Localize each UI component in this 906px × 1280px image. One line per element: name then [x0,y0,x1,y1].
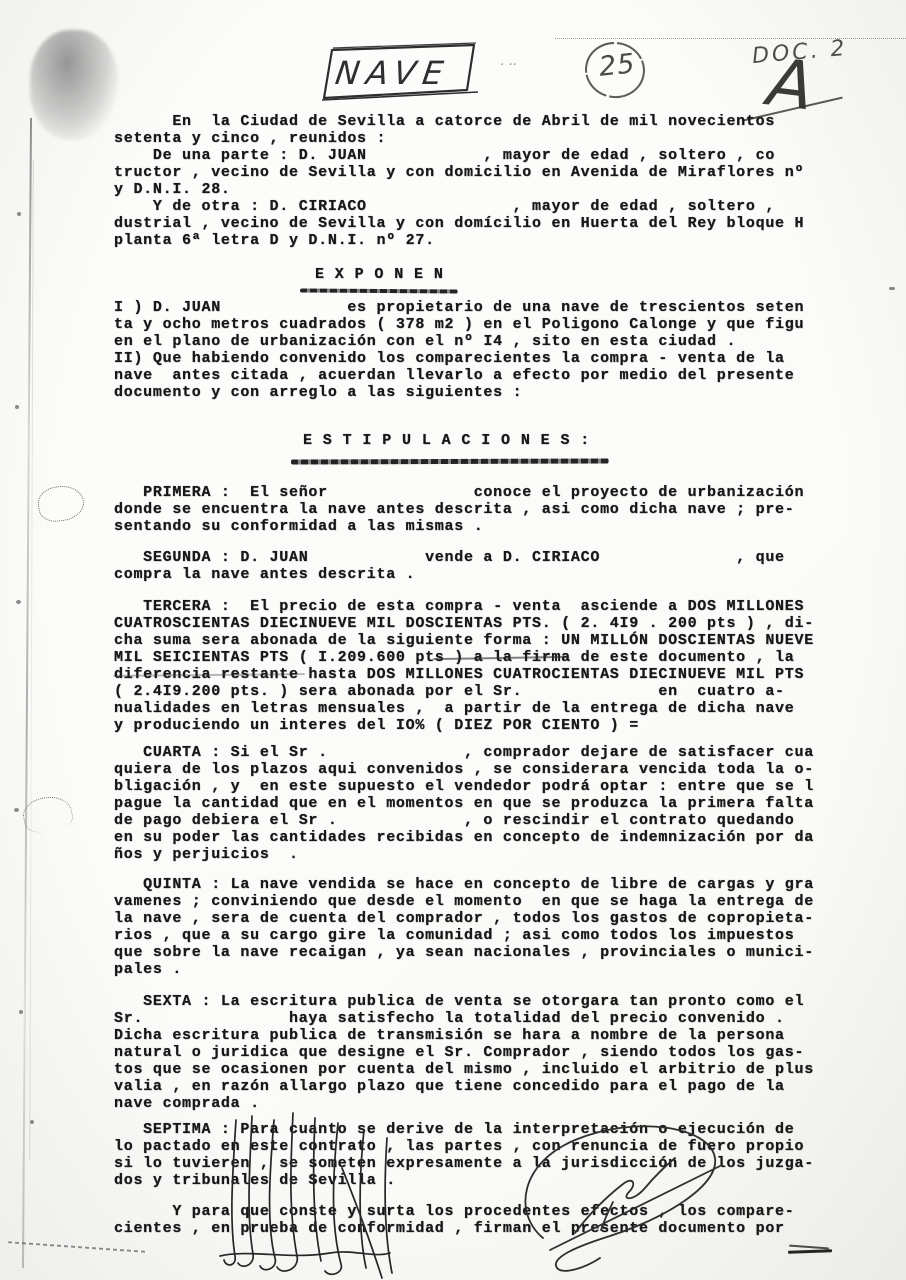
clause-tercera: TERCERA : El precio de esta compra - ven… [114,598,814,734]
strike-final-word [788,1249,832,1254]
nave-label: NAVE [333,54,453,92]
margin-speck [16,600,21,604]
clause-sexta: SEXTA : La escritura publica de venta se… [114,993,814,1112]
heading-estipulaciones: E S T I P U L A C I O N E S : [303,432,590,449]
clause-segunda: SEGUNDA : D. JUAN vende a D. CIRIACO , q… [114,549,785,583]
estipulaciones-underline [291,458,609,464]
circled-number: 25 [597,48,636,83]
stray-pen-marks: · ·· [500,58,517,73]
nave-box-drawing: NAVE [308,42,488,110]
heading-exponen: E X P O N E N [315,266,444,283]
margin-speck [19,1010,23,1014]
clause-cuarta: CUARTA : Si el Sr . , comprador dejare d… [114,744,814,863]
corner-scratch-mark [8,1241,146,1253]
intro-paragraphs: En la Ciudad de Sevilla a catorce de Abr… [114,113,804,249]
margin-speck [15,405,19,409]
margin-speck [14,808,19,812]
strike-final-word-2 [789,1245,829,1250]
exponen-items: I ) D. JUAN es propietario de una nave d… [114,299,804,401]
clause-quinta: QUINTA : La nave vendida se hace en conc… [114,876,814,978]
binding-smudge [30,30,118,140]
clause-primera: PRIMERA : El señor conoce el proyecto de… [114,484,804,535]
margin-blob-doodle [20,792,75,835]
pen-scribble-strokes [212,1108,422,1280]
margin-speck [30,1120,34,1124]
signature-scrawl [505,1118,740,1273]
circled-number-annotation: 25 [583,40,647,100]
exponen-underline [300,288,458,293]
edge-speck [889,287,895,290]
margin-blob-doodle [36,483,86,524]
scanned-contract-page: NAVE · ·· 25 DOC. 2 A En la Ciudad de Se… [0,0,906,1280]
margin-speck [17,212,21,216]
